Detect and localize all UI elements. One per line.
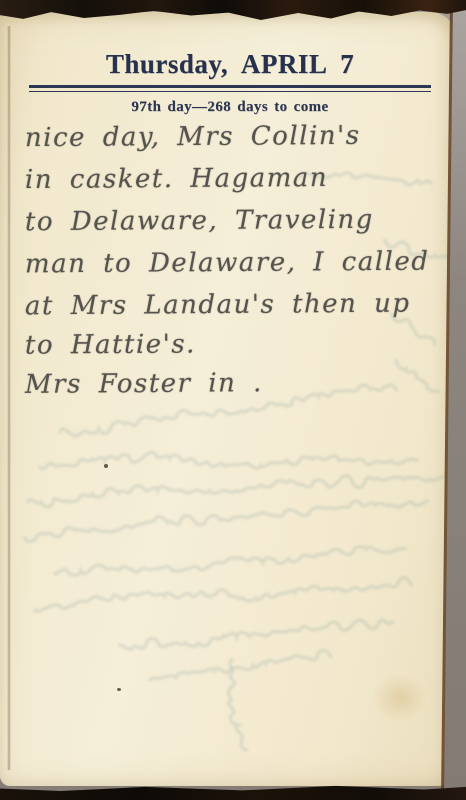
handwritten-line: to Delaware, Traveling [25, 205, 374, 237]
handwritten-line: nice day, Mrs Collin's [25, 121, 361, 153]
diary-entry-handwriting: nice day, Mrs Collin'sin casket. Hagaman… [0, 12, 456, 786]
handwritten-line: in casket. Hagaman [25, 163, 328, 195]
handwritten-line: to Hattie's. [25, 329, 196, 360]
handwritten-line: Mrs Foster in . [25, 368, 263, 400]
handwritten-line: at Mrs Landau's then up [25, 289, 411, 322]
handwritten-line: man to Delaware, I called [25, 247, 430, 280]
diary-page: Thursday, APRIL 7 97th day—268 days to c… [0, 12, 456, 786]
book-bottom-edge [0, 784, 466, 800]
